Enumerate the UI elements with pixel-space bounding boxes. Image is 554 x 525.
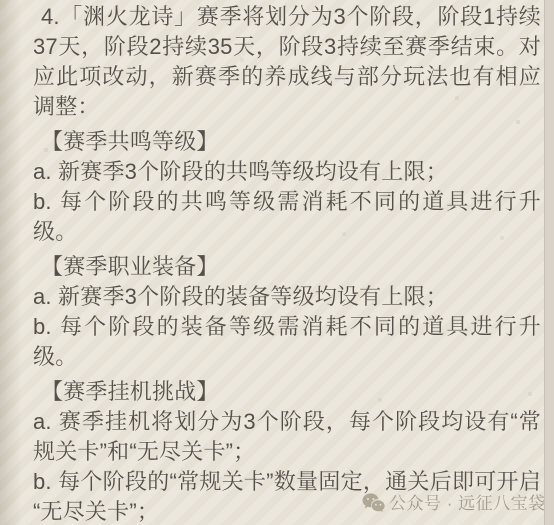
article-body: 4.「渊火龙诗」赛季将划分为3个阶段，阶段1持续37天，阶段2持续35天，阶段3…	[33, 2, 541, 525]
resonance-item-b: b. 每个阶段的共鸣等级需消耗不同的道具进行升级。	[33, 187, 541, 247]
section-header-resonance-level: 【赛季共鸣等级】	[33, 127, 541, 157]
paper-speckles	[0, 0, 4, 4]
idle-item-b: b. 每个阶段的“常规关卡”数量固定，通关后即可开启“无尽关卡”；	[33, 467, 541, 525]
section-header-idle-challenge: 【赛季挂机挑战】	[33, 377, 541, 407]
article-page: 4.「渊火龙诗」赛季将划分为3个阶段，阶段1持续37天，阶段2持续35天，阶段3…	[0, 0, 554, 525]
section-header-class-equipment: 【赛季职业装备】	[33, 252, 541, 282]
left-edge-shadow	[0, 0, 22, 525]
idle-item-a: a. 赛季挂机将划分为3个阶段，每个阶段均设有“常规关卡”和“无尽关卡”；	[33, 407, 541, 467]
equipment-item-b: b. 每个阶段的装备等级需消耗不同的道具进行升级。	[33, 312, 541, 372]
equipment-item-a: a. 新赛季3个阶段的装备等级均设有上限；	[33, 282, 541, 312]
resonance-item-a: a. 新赛季3个阶段的共鸣等级均设有上限；	[33, 157, 541, 187]
right-edge-strip	[544, 0, 554, 525]
paragraph-intro: 4.「渊火龙诗」赛季将划分为3个阶段，阶段1持续37天，阶段2持续35天，阶段3…	[33, 2, 541, 122]
